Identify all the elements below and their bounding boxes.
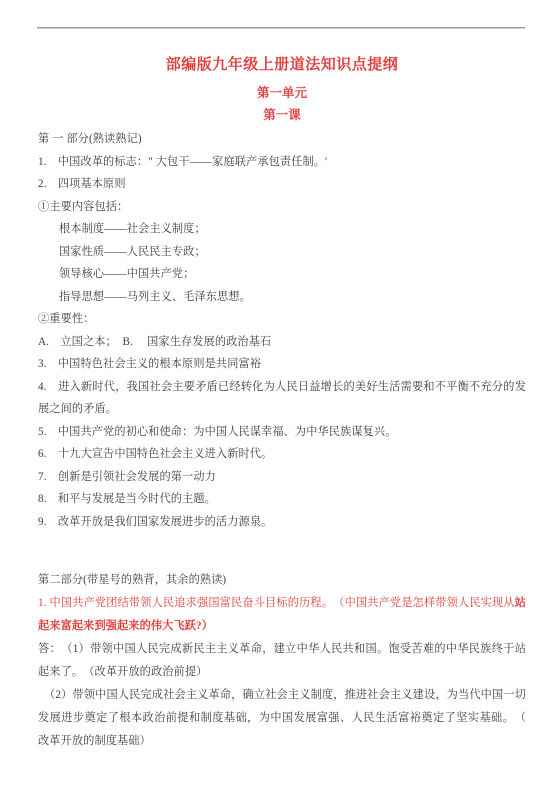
part2-heading: 第二部分(带星号的熟背，其余的熟读)	[38, 569, 526, 592]
part1-heading: 第 一 部分(熟读熟记)	[38, 128, 526, 151]
question-item: 1. 中国共产党团结带领人民追求强国富民奋斗目标的历程。 （中国共产党是怎样带领…	[38, 592, 526, 638]
document-page: 部编版九年级上册道法知识点提纲 第一单元 第一课 第 一 部分(熟读熟记) 1.…	[0, 0, 560, 800]
list-subitem: 国家性质——人民民主专政；	[38, 241, 526, 264]
list-item: 9. 改革开放是我们国家发展进步的活力源泉。	[38, 511, 526, 534]
list-item: 4. 进入新时代，我国社会主要矛盾已经转化为人民日益增长的美好生活需要和不平衡不…	[38, 376, 526, 421]
lesson-heading: 第一课	[38, 105, 526, 125]
list-item: 3. 中国特色社会主义的根本原则是共同富裕	[38, 353, 526, 376]
document-content: 部编版九年级上册道法知识点提纲 第一单元 第一课 第 一 部分(熟读熟记) 1.…	[0, 55, 560, 753]
page-title: 部编版九年级上册道法知识点提纲	[38, 55, 526, 75]
list-item: 5. 中国共产党的初心和使命：为中国人民谋幸福、为中华民族谋复兴。	[38, 421, 526, 444]
list-item: A. 立国之本； B. 国家生存发展的政治基石	[38, 331, 526, 354]
list-item: 7. 创新是引领社会发展的第一动力	[38, 466, 526, 489]
question-text: 1. 中国共产党团结带领人民追求强国富民奋斗目标的历程。 （中国共产党是怎样带领…	[38, 597, 515, 609]
part1-section: 第 一 部分(熟读熟记) 1. 中国改革的标志：" 大包干——家庭联产承包责任制…	[38, 128, 526, 533]
part2-section: 第二部分(带星号的熟背，其余的熟读) 1. 中国共产党团结带领人民追求强国富民奋…	[38, 569, 526, 753]
list-item: 6. 十九大宣告中国特色社会主义进入新时代。	[38, 443, 526, 466]
list-subitem: 指导思想——马列主义、毛泽东思想。	[38, 286, 526, 309]
answer-paragraph: （2）带领中国人民完成社会主义革命，确立社会主义制度，推进社会主义建设，为当代中…	[38, 684, 526, 753]
list-subitem: 领导核心——中国共产党；	[38, 263, 526, 286]
unit-heading: 第一单元	[38, 83, 526, 103]
list-item: ①主要内容包括：	[38, 196, 526, 219]
list-item: 1. 中国改革的标志：" 大包干——家庭联产承包责任制。'	[38, 151, 526, 174]
list-item: ②重要性：	[38, 308, 526, 331]
list-item: 8. 和平与发展是当今时代的主题。	[38, 488, 526, 511]
page-top-rule	[37, 27, 525, 29]
list-subitem: 根本制度——社会主义制度；	[38, 218, 526, 241]
list-item: 2. 四项基本原则	[38, 173, 526, 196]
answer-paragraph: 答： （1）带领中国人民完成新民主主义革命，建立中华人民共和国。饱受苦难的中华民…	[38, 638, 526, 684]
